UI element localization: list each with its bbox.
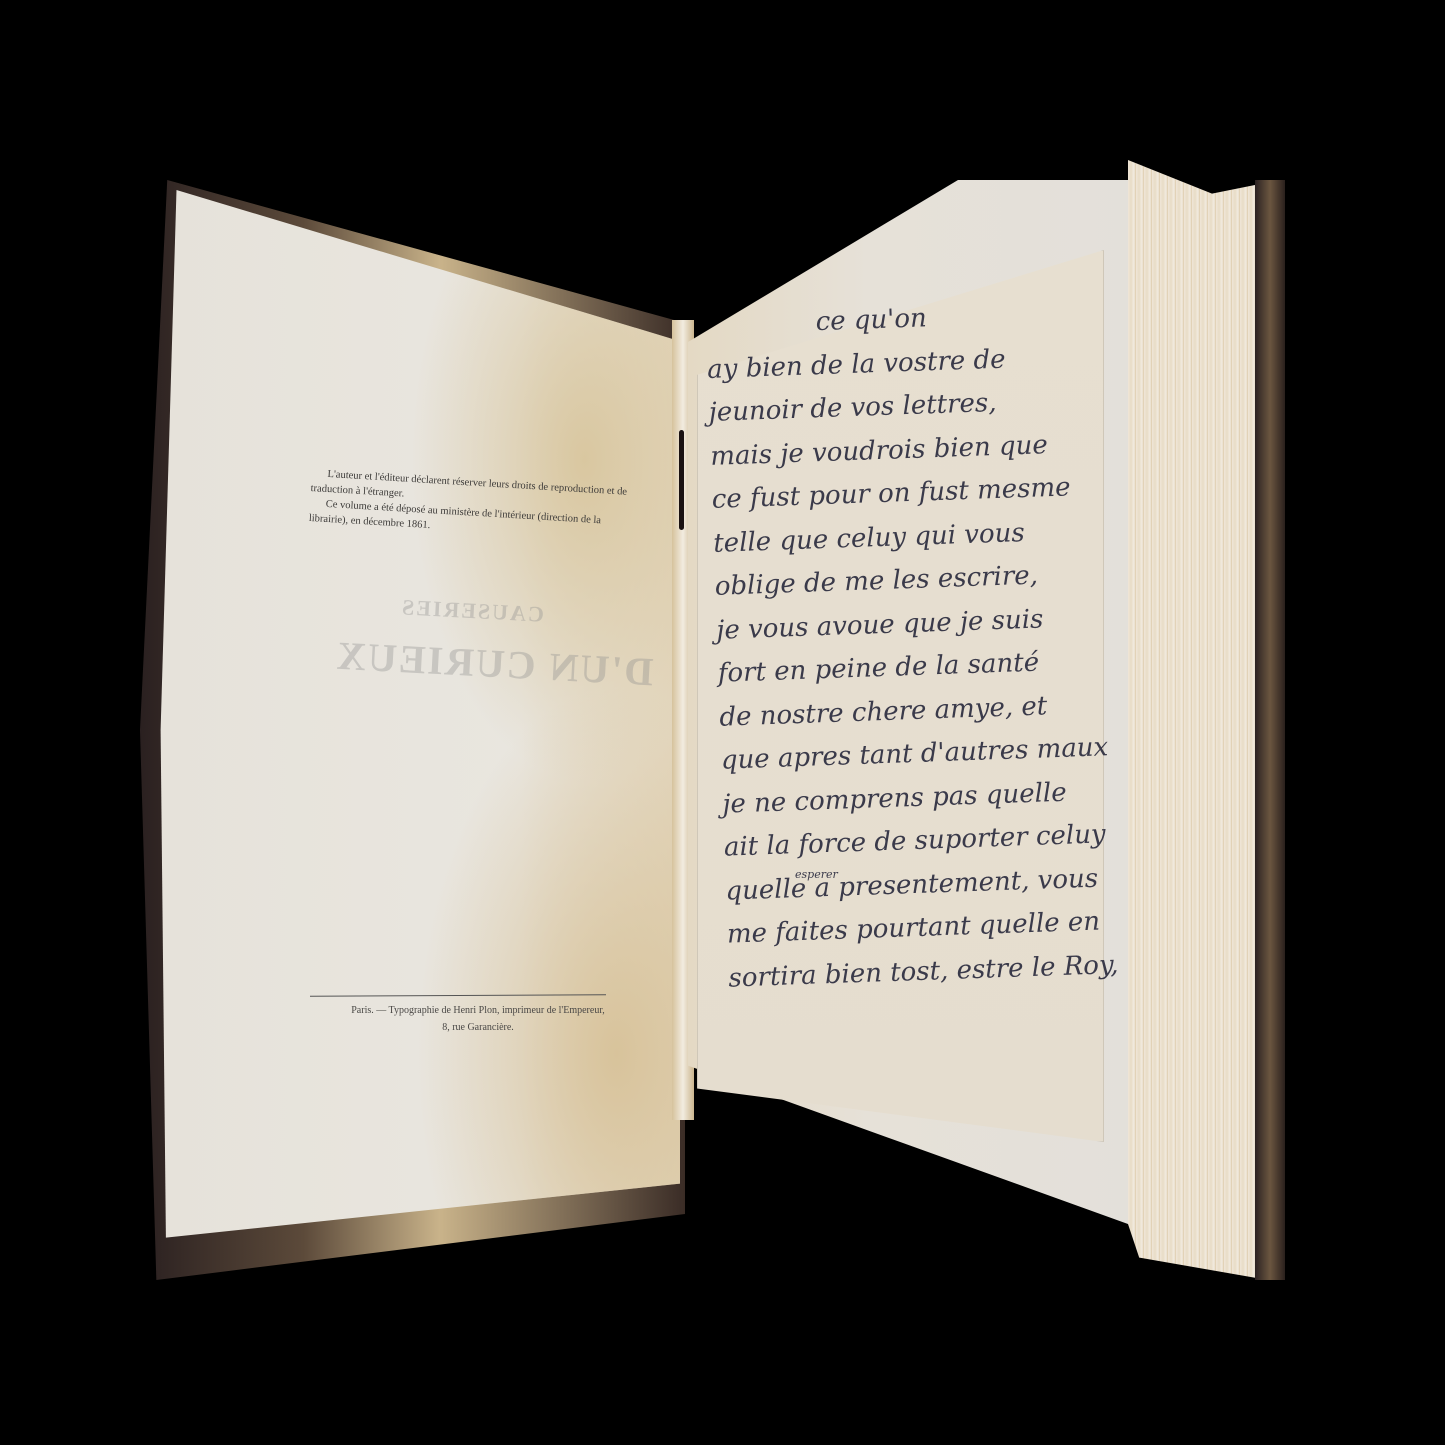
interlinear-correction: esperer — [795, 868, 838, 881]
imprint-line-1: Paris. — Typographie de Henri Plon, impr… — [328, 1002, 628, 1019]
page-edges — [1128, 160, 1268, 1280]
printer-imprint: Paris. — Typographie de Henri Plon, impr… — [328, 1002, 628, 1036]
spine-tear — [679, 430, 684, 530]
book-photo: L'auteur et l'éditeur déclarent réserver… — [0, 0, 1445, 1445]
handwritten-letter: ce qu'on ay bien de la vostre de jeunoir… — [705, 291, 1119, 1000]
imprint-line-2: 8, rue Garancière. — [328, 1019, 628, 1036]
left-page — [150, 190, 680, 1270]
right-cover-board — [1255, 180, 1285, 1280]
